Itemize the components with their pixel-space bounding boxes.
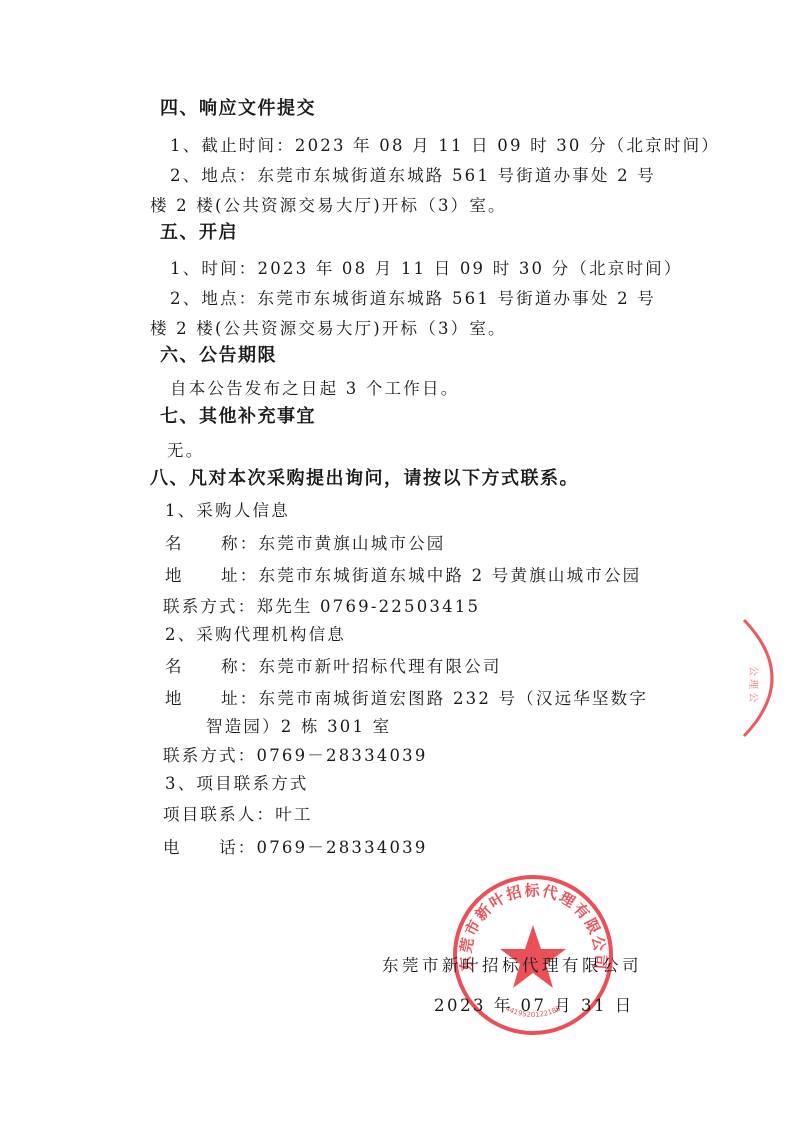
section-5-heading: 五、开启 [160, 222, 238, 244]
project-contact-person: 项目联系人：叶工 [163, 804, 313, 826]
other-matters-text: 无。 [167, 440, 204, 462]
deadline-line: 1、截止时间：2023 年 08 月 11 日 09 时 30 分（北京时间） [170, 135, 720, 157]
section-6-heading: 六、公告期限 [160, 345, 277, 367]
signature-company: 东莞市新叶招标代理有限公司 [382, 955, 642, 977]
project-title: 3、项目联系方式 [165, 773, 309, 795]
purchaser-title: 1、采购人信息 [165, 500, 290, 522]
section-7-heading: 七、其他补充事宜 [160, 406, 316, 428]
agency-name: 名 称：东莞市新叶招标代理有限公司 [165, 656, 502, 678]
section-4-heading: 四、响应文件提交 [160, 98, 316, 120]
location-line-1: 2、地点：东莞市东城街道东城路 561 号街道办事处 2 号 [170, 165, 656, 187]
agency-address-2: 智造园）2 栋 301 室 [206, 716, 391, 738]
signature-date: 2023 年 07 月 31 日 [434, 995, 634, 1017]
purchaser-contact: 联系方式：郑先生 0769-22503415 [163, 596, 480, 618]
opening-location-line-2: 楼 2 楼(公共资源交易大厅)开标（3）室。 [150, 318, 507, 340]
project-phone: 电 话：0769－28334039 [163, 837, 428, 859]
svg-text:公 理 公: 公 理 公 [747, 666, 759, 702]
agency-address-1: 地 址：东莞市南城街道宏图路 232 号（汉远华坚数字 [165, 688, 648, 710]
seam-seal-icon: 公 理 公 [740, 618, 794, 738]
section-8-heading: 八、凡对本次采购提出询问，请按以下方式联系。 [150, 468, 579, 490]
purchaser-address: 地 址：东莞市东城街道东城中路 2 号黄旗山城市公园 [165, 565, 641, 587]
opening-time-line: 1、时间：2023 年 08 月 11 日 09 时 30 分（北京时间） [170, 258, 683, 280]
purchaser-name: 名 称：东莞市黄旗山城市公园 [165, 533, 446, 555]
agency-contact: 联系方式：0769－28334039 [163, 745, 428, 767]
opening-location-line-1: 2、地点：东莞市东城街道东城路 561 号街道办事处 2 号 [170, 288, 656, 310]
location-line-2: 楼 2 楼(公共资源交易大厅)开标（3）室。 [150, 195, 507, 217]
agency-title: 2、采购代理机构信息 [165, 624, 346, 646]
notice-period-text: 自本公告发布之日起 3 个工作日。 [170, 378, 459, 400]
